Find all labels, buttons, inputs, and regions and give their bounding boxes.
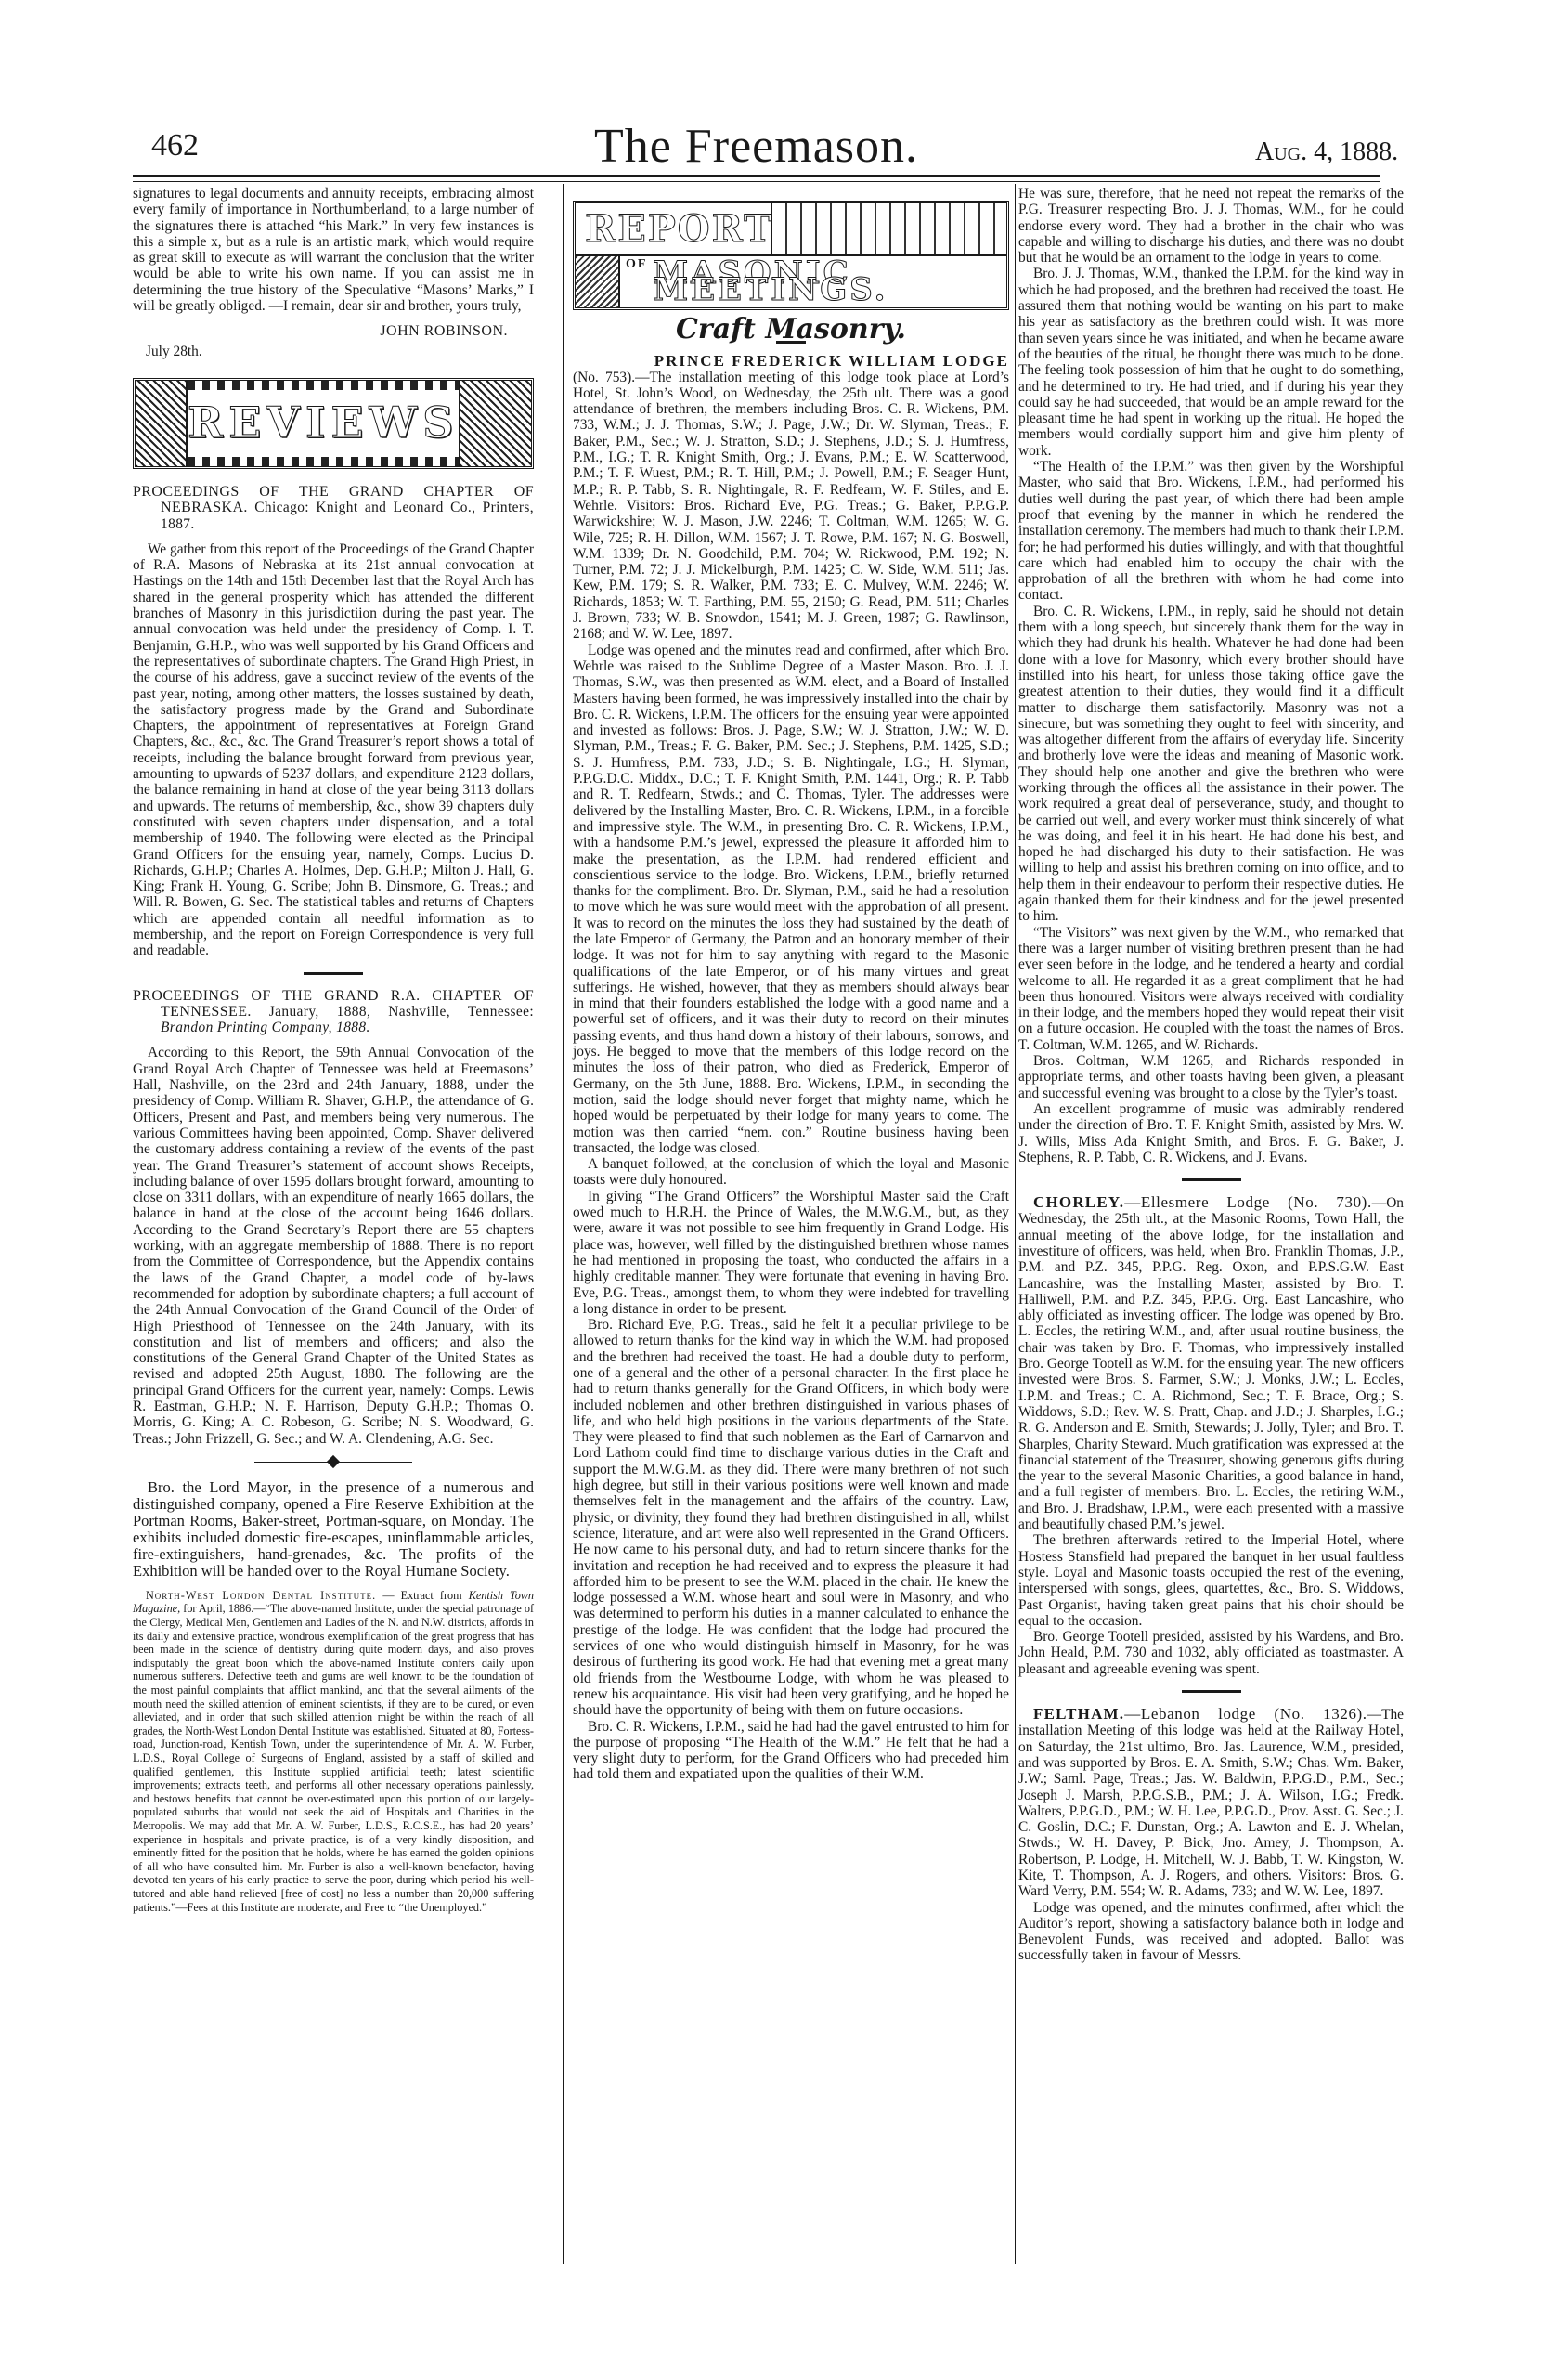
column-divider-right [1015, 184, 1016, 2264]
feltham-lodge: —Lebanon lodge (No. 1326). [1124, 1705, 1367, 1723]
checker-border-bottom [188, 457, 459, 466]
chorley-lodge: —Ellesmere Lodge (No. 730). [1124, 1193, 1372, 1211]
lodge-paragraph: Bro. Richard Eve, P.G. Treas., said he f… [573, 1317, 1009, 1718]
report-paragraph: “The Visitors” was next given by the W.M… [1018, 925, 1404, 1053]
report-paragraph: Bro. J. J. Thomas, W.M., thanked the I.P… [1018, 266, 1404, 459]
reviews-banner-text: REVIEWS [188, 390, 459, 457]
letter-date: July 28th. [133, 344, 534, 359]
diamond-divider [254, 1462, 412, 1463]
page-number: 462 [151, 128, 199, 163]
review-nebraska-title: PROCEEDINGS OF THE GRAND CHAPTER OF NEBR… [133, 484, 534, 532]
chorley-report: CHORLEY.—Ellesmere Lodge (No. 730).—On W… [1018, 1194, 1404, 1532]
chorley-heading: CHORLEY. [1033, 1193, 1124, 1211]
lodge-paragraph: In giving “The Grand Officers” the Worsh… [573, 1189, 1009, 1317]
reports-of-masonic-meetings-banner: REPORTS OF MASONIC MEETINGS. [573, 201, 1009, 310]
reviews-banner: REVIEWS [133, 378, 534, 469]
lodge-heading: PRINCE FREDERICK WILLIAM LODGE [573, 353, 1009, 369]
section-divider [1182, 1690, 1241, 1693]
lodge-paragraph: A banquet followed, at the conclusion of… [573, 1156, 1009, 1189]
feltham-report: FELTHAM.—Lebanon lodge (No. 1326).—The i… [1018, 1706, 1404, 1900]
review-tennessee-body: According to this Report, the 59th Annua… [133, 1045, 534, 1446]
section-divider [304, 972, 363, 975]
middle-column: REPORTS OF MASONIC MEETINGS. Craft Mason… [573, 186, 1009, 1783]
section-divider [1182, 1178, 1241, 1181]
masthead-title: The Freemason. [594, 119, 918, 174]
masthead-rule [133, 175, 1380, 182]
lord-mayor-notice: Bro. the Lord Mayor, in the presence of … [133, 1479, 534, 1580]
banner-of-text: OF [620, 256, 653, 272]
feltham-heading: FELTHAM. [1033, 1705, 1124, 1723]
lodge-scene-illustration-icon [771, 203, 1006, 254]
report-paragraph: Bro. C. R. Wickens, I.PM., in reply, sai… [1018, 604, 1404, 925]
report-paragraph: “The Health of the I.P.M.” was then give… [1018, 459, 1404, 604]
dental-institute-advert: North-West London Dental Institute. — Ex… [133, 1589, 534, 1914]
report-paragraph: Bros. Coltman, W.M 1265, and Richards re… [1018, 1053, 1404, 1101]
report-paragraph: An excellent programme of music was admi… [1018, 1101, 1404, 1165]
review-tennessee-title: PROCEEDINGS OF THE GRAND R.A. CHAPTER OF… [133, 988, 534, 1036]
review-nebraska-body: We gather from this report of the Procee… [133, 541, 534, 959]
issue-date: Aug. 4, 1888. [1255, 137, 1398, 167]
chorley-paragraph: Bro. George Tootell presided, assisted b… [1018, 1629, 1404, 1677]
right-column: He was sure, therefore, that he need not… [1018, 186, 1404, 1964]
lodge-paragraph: Lodge was opened and the minutes read an… [573, 643, 1009, 1157]
advert-heading: North-West London Dental Institute. [146, 1589, 376, 1602]
masonic-tools-ornament-icon [459, 381, 531, 466]
lodge-paragraph: (No. 753).—The installation meeting of t… [573, 370, 1009, 643]
lodge-paragraph: Bro. C. R. Wickens, I.P.M., said he had … [573, 1719, 1009, 1783]
report-paragraph: He was sure, therefore, that he need not… [1018, 186, 1404, 266]
banner-masonic-meetings-text: MASONIC MEETINGS. [653, 256, 1006, 307]
cube-ornament-icon [576, 256, 620, 307]
banner-reports-text: REPORTS [576, 203, 771, 254]
left-column: signatures to legal documents and annuit… [133, 186, 534, 1914]
section-title-craft-masonry: Craft Masonry. [573, 321, 1009, 337]
chorley-paragraph: The brethren afterwards retired to the I… [1018, 1532, 1404, 1629]
column-divider-left [563, 184, 564, 2264]
letter-continuation: signatures to legal documents and annuit… [133, 186, 534, 314]
feltham-paragraph: Lodge was opened, and the minutes confir… [1018, 1900, 1404, 1964]
globe-ornament-icon [136, 381, 188, 466]
letter-signature: JOHN ROBINSON. [133, 323, 534, 339]
checker-border-top [188, 381, 459, 390]
